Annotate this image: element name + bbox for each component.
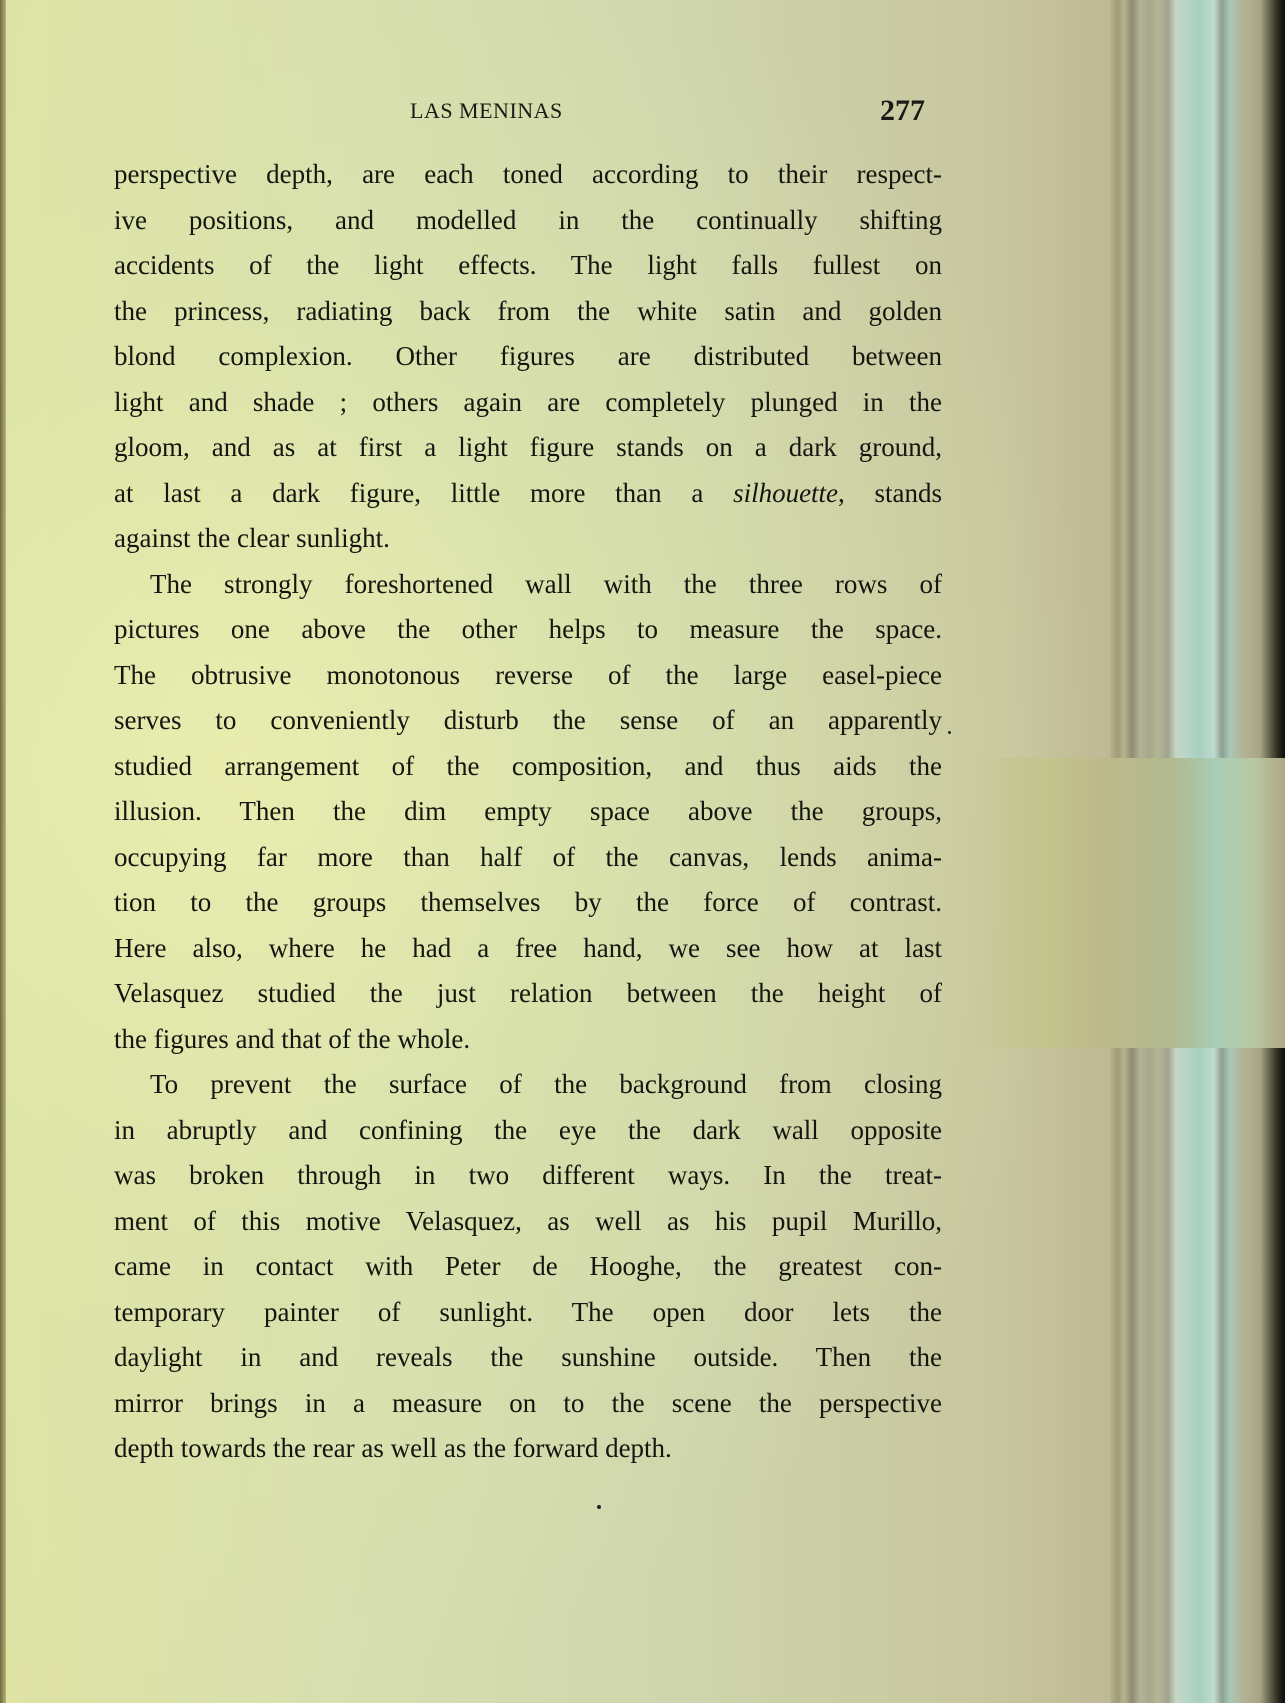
text-line: ive positions, and modelled in the conti… (114, 198, 942, 244)
text-line: perspective depth, are each toned accord… (114, 152, 942, 198)
text-line: occupying far more than half of the canv… (114, 835, 942, 881)
italic-term: silhouette (733, 478, 838, 508)
text-line: studied arrangement of the composition, … (114, 744, 942, 790)
running-title: LAS MENINAS (410, 98, 563, 124)
page-number: 277 (880, 94, 925, 128)
text-line: accidents of the light effects. The ligh… (114, 243, 942, 289)
text-line: pictures one above the other helps to me… (114, 607, 942, 653)
text-line: ment of this motive Velasquez, as well a… (114, 1199, 942, 1245)
text-line: in abruptly and confining the eye the da… (114, 1108, 942, 1154)
paragraph-2: The strongly foreshortened wall with the… (114, 562, 942, 1063)
scan-blur-artifact (965, 758, 1285, 1048)
paragraph-3: To prevent the surface of the background… (114, 1062, 942, 1472)
text-run: , stands (838, 478, 942, 508)
text-line: the figures and that of the whole. (114, 1017, 942, 1063)
page-gutter-edge (0, 0, 6, 1703)
text-line: the princess, radiating back from the wh… (114, 289, 942, 335)
text-line: To prevent the surface of the background… (114, 1062, 942, 1108)
text-line: depth towards the rear as well as the fo… (114, 1426, 942, 1472)
text-line: gloom, and as at first a light figure st… (114, 425, 942, 471)
ink-speck (948, 731, 951, 734)
text-line: at last a dark figure, little more than … (114, 471, 942, 517)
paragraph-1: perspective depth, are each toned accord… (114, 152, 942, 562)
text-line: The obtrusive monotonous reverse of the … (114, 653, 942, 699)
text-line: The strongly foreshortened wall with the… (114, 562, 942, 608)
text-line: light and shade ; others again are compl… (114, 380, 942, 426)
running-head: LAS MENINAS 277 (0, 96, 940, 130)
ink-speck (597, 1505, 601, 1509)
text-line: tion to the groups themselves by the for… (114, 880, 942, 926)
text-line: illusion. Then the dim empty space above… (114, 789, 942, 835)
text-line: blond complexion. Other figures are dist… (114, 334, 942, 380)
text-line: came in contact with Peter de Hooghe, th… (114, 1244, 942, 1290)
text-line: daylight in and reveals the sunshine out… (114, 1335, 942, 1381)
text-line: temporary painter of sunlight. The open … (114, 1290, 942, 1336)
text-line: Here also, where he had a free hand, we … (114, 926, 942, 972)
text-line: against the clear sunlight. (114, 516, 942, 562)
text-run: at last a dark figure, little more than … (114, 478, 733, 508)
text-line: mirror brings in a measure on to the sce… (114, 1381, 942, 1427)
text-line: Velasquez studied the just relation betw… (114, 971, 942, 1017)
text-line: was broken through in two different ways… (114, 1153, 942, 1199)
body-text: perspective depth, are each toned accord… (114, 152, 942, 1472)
text-line: serves to conveniently disturb the sense… (114, 698, 942, 744)
